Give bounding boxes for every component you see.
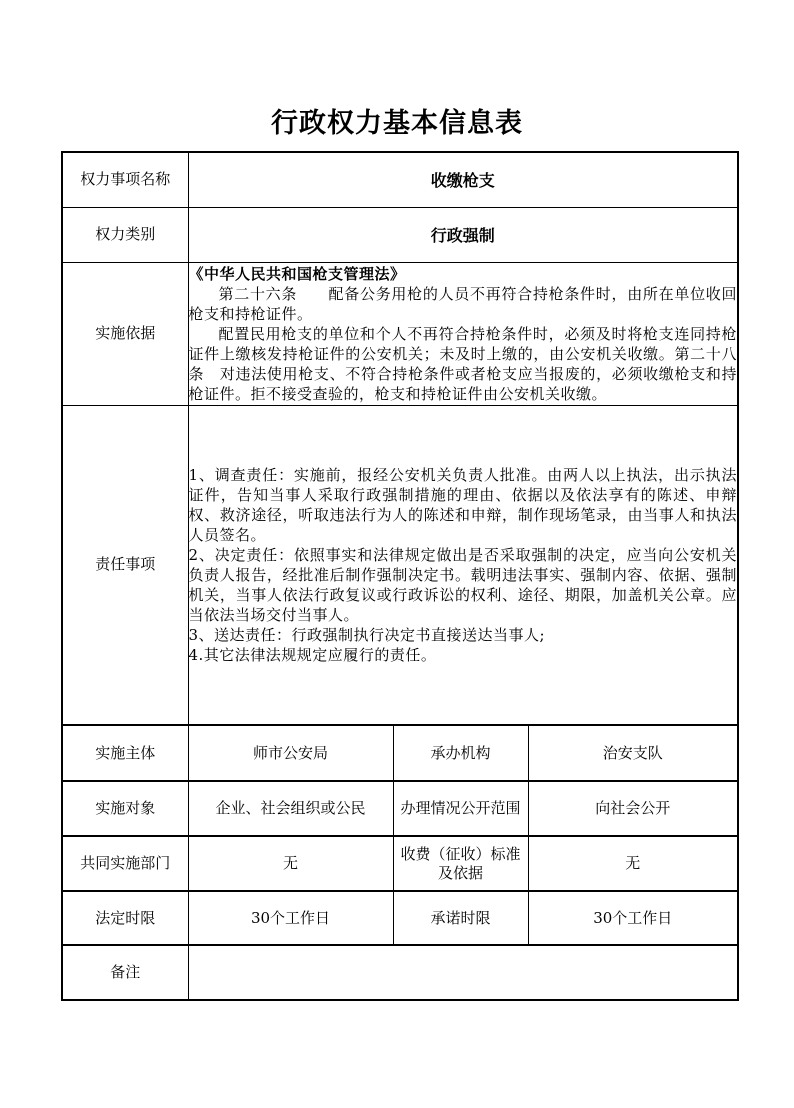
law-title-text: 《中华人民共和国枪支管理法》 [189, 264, 738, 284]
duty-item-1: 1、调查责任：实施前，报经公安机关负责人批准。由两人以上执法，出示执法证件，告知… [189, 465, 738, 545]
label-promised-time-limit: 承诺时限 [393, 891, 528, 945]
row-implementing-subject: 实施主体 师市公安局 承办机构 治安支队 [62, 725, 738, 781]
duty-item-3: 3、送达责任：行政强制执行决定书直接送达当事人; [189, 625, 738, 645]
value-power-name: 收缴枪支 [188, 152, 738, 207]
info-table: 权力事项名称 收缴枪支 权力类别 行政强制 实施依据 《中华人民共和国枪支管理法… [61, 151, 739, 1001]
duty-item-4: 4.其它法律法规规定应履行的责任。 [189, 645, 738, 665]
value-promised-time-limit: 30个工作日 [528, 891, 738, 945]
row-duty-items: 责任事项 1、调查责任：实施前，报经公安机关负责人批准。由两人以上执法，出示执法… [62, 405, 738, 725]
value-handling-organization: 治安支队 [528, 725, 738, 781]
duty-item-2: 2、决定责任：依照事实和法律规定做出是否采取强制的决定，应当向公安机关负责人报告… [189, 545, 738, 625]
value-power-category: 行政强制 [188, 207, 738, 262]
basis-paragraph-1: 第二十六条 配备公务用枪的人员不再符合持枪条件时，由所在单位收回枪支和持枪证件。 [189, 284, 738, 324]
implementation-basis-content: 《中华人民共和国枪支管理法》 第二十六条 配备公务用枪的人员不再符合持枪条件时，… [188, 262, 738, 405]
row-implementation-basis: 实施依据 《中华人民共和国枪支管理法》 第二十六条 配备公务用枪的人员不再符合持… [62, 262, 738, 405]
value-implementation-object: 企业、社会组织或公民 [188, 781, 393, 836]
label-implementation-object: 实施对象 [62, 781, 188, 836]
label-disclosure-scope: 办理情况公开范围 [393, 781, 528, 836]
label-statutory-time-limit: 法定时限 [62, 891, 188, 945]
label-joint-departments: 共同实施部门 [62, 836, 188, 891]
value-joint-departments: 无 [188, 836, 393, 891]
label-fee-standard: 收费（征收）标准及依据 [393, 836, 528, 891]
value-disclosure-scope: 向社会公开 [528, 781, 738, 836]
row-joint-departments: 共同实施部门 无 收费（征收）标准及依据 无 [62, 836, 738, 891]
value-remarks [188, 945, 738, 1000]
row-implementation-object: 实施对象 企业、社会组织或公民 办理情况公开范围 向社会公开 [62, 781, 738, 836]
basis-text-block: 《中华人民共和国枪支管理法》 第二十六条 配备公务用枪的人员不再符合持枪条件时，… [189, 264, 738, 404]
row-statutory-time-limit: 法定时限 30个工作日 承诺时限 30个工作日 [62, 891, 738, 945]
value-implementing-subject: 师市公安局 [188, 725, 393, 781]
label-implementation-basis: 实施依据 [62, 262, 188, 405]
label-remarks: 备注 [62, 945, 188, 1000]
duty-items-content: 1、调查责任：实施前，报经公安机关负责人批准。由两人以上执法，出示执法证件，告知… [188, 405, 738, 725]
label-handling-organization: 承办机构 [393, 725, 528, 781]
document-page: 行政权力基本信息表 权力事项名称 收缴枪支 权力类别 行政强制 实施依据 《中华… [0, 0, 794, 1108]
basis-paragraph-2: 配置民用枪支的单位和个人不再符合持枪条件时，必须及时将枪支连同持枪证件上缴核发持… [189, 324, 738, 404]
row-remarks: 备注 [62, 945, 738, 1000]
label-power-category: 权力类别 [62, 207, 188, 262]
value-fee-standard: 无 [528, 836, 738, 891]
page-title: 行政权力基本信息表 [0, 107, 794, 141]
row-power-category: 权力类别 行政强制 [62, 207, 738, 262]
row-power-name: 权力事项名称 收缴枪支 [62, 152, 738, 207]
value-statutory-time-limit: 30个工作日 [188, 891, 393, 945]
label-power-name: 权力事项名称 [62, 152, 188, 207]
label-implementing-subject: 实施主体 [62, 725, 188, 781]
label-duty-items: 责任事项 [62, 405, 188, 725]
